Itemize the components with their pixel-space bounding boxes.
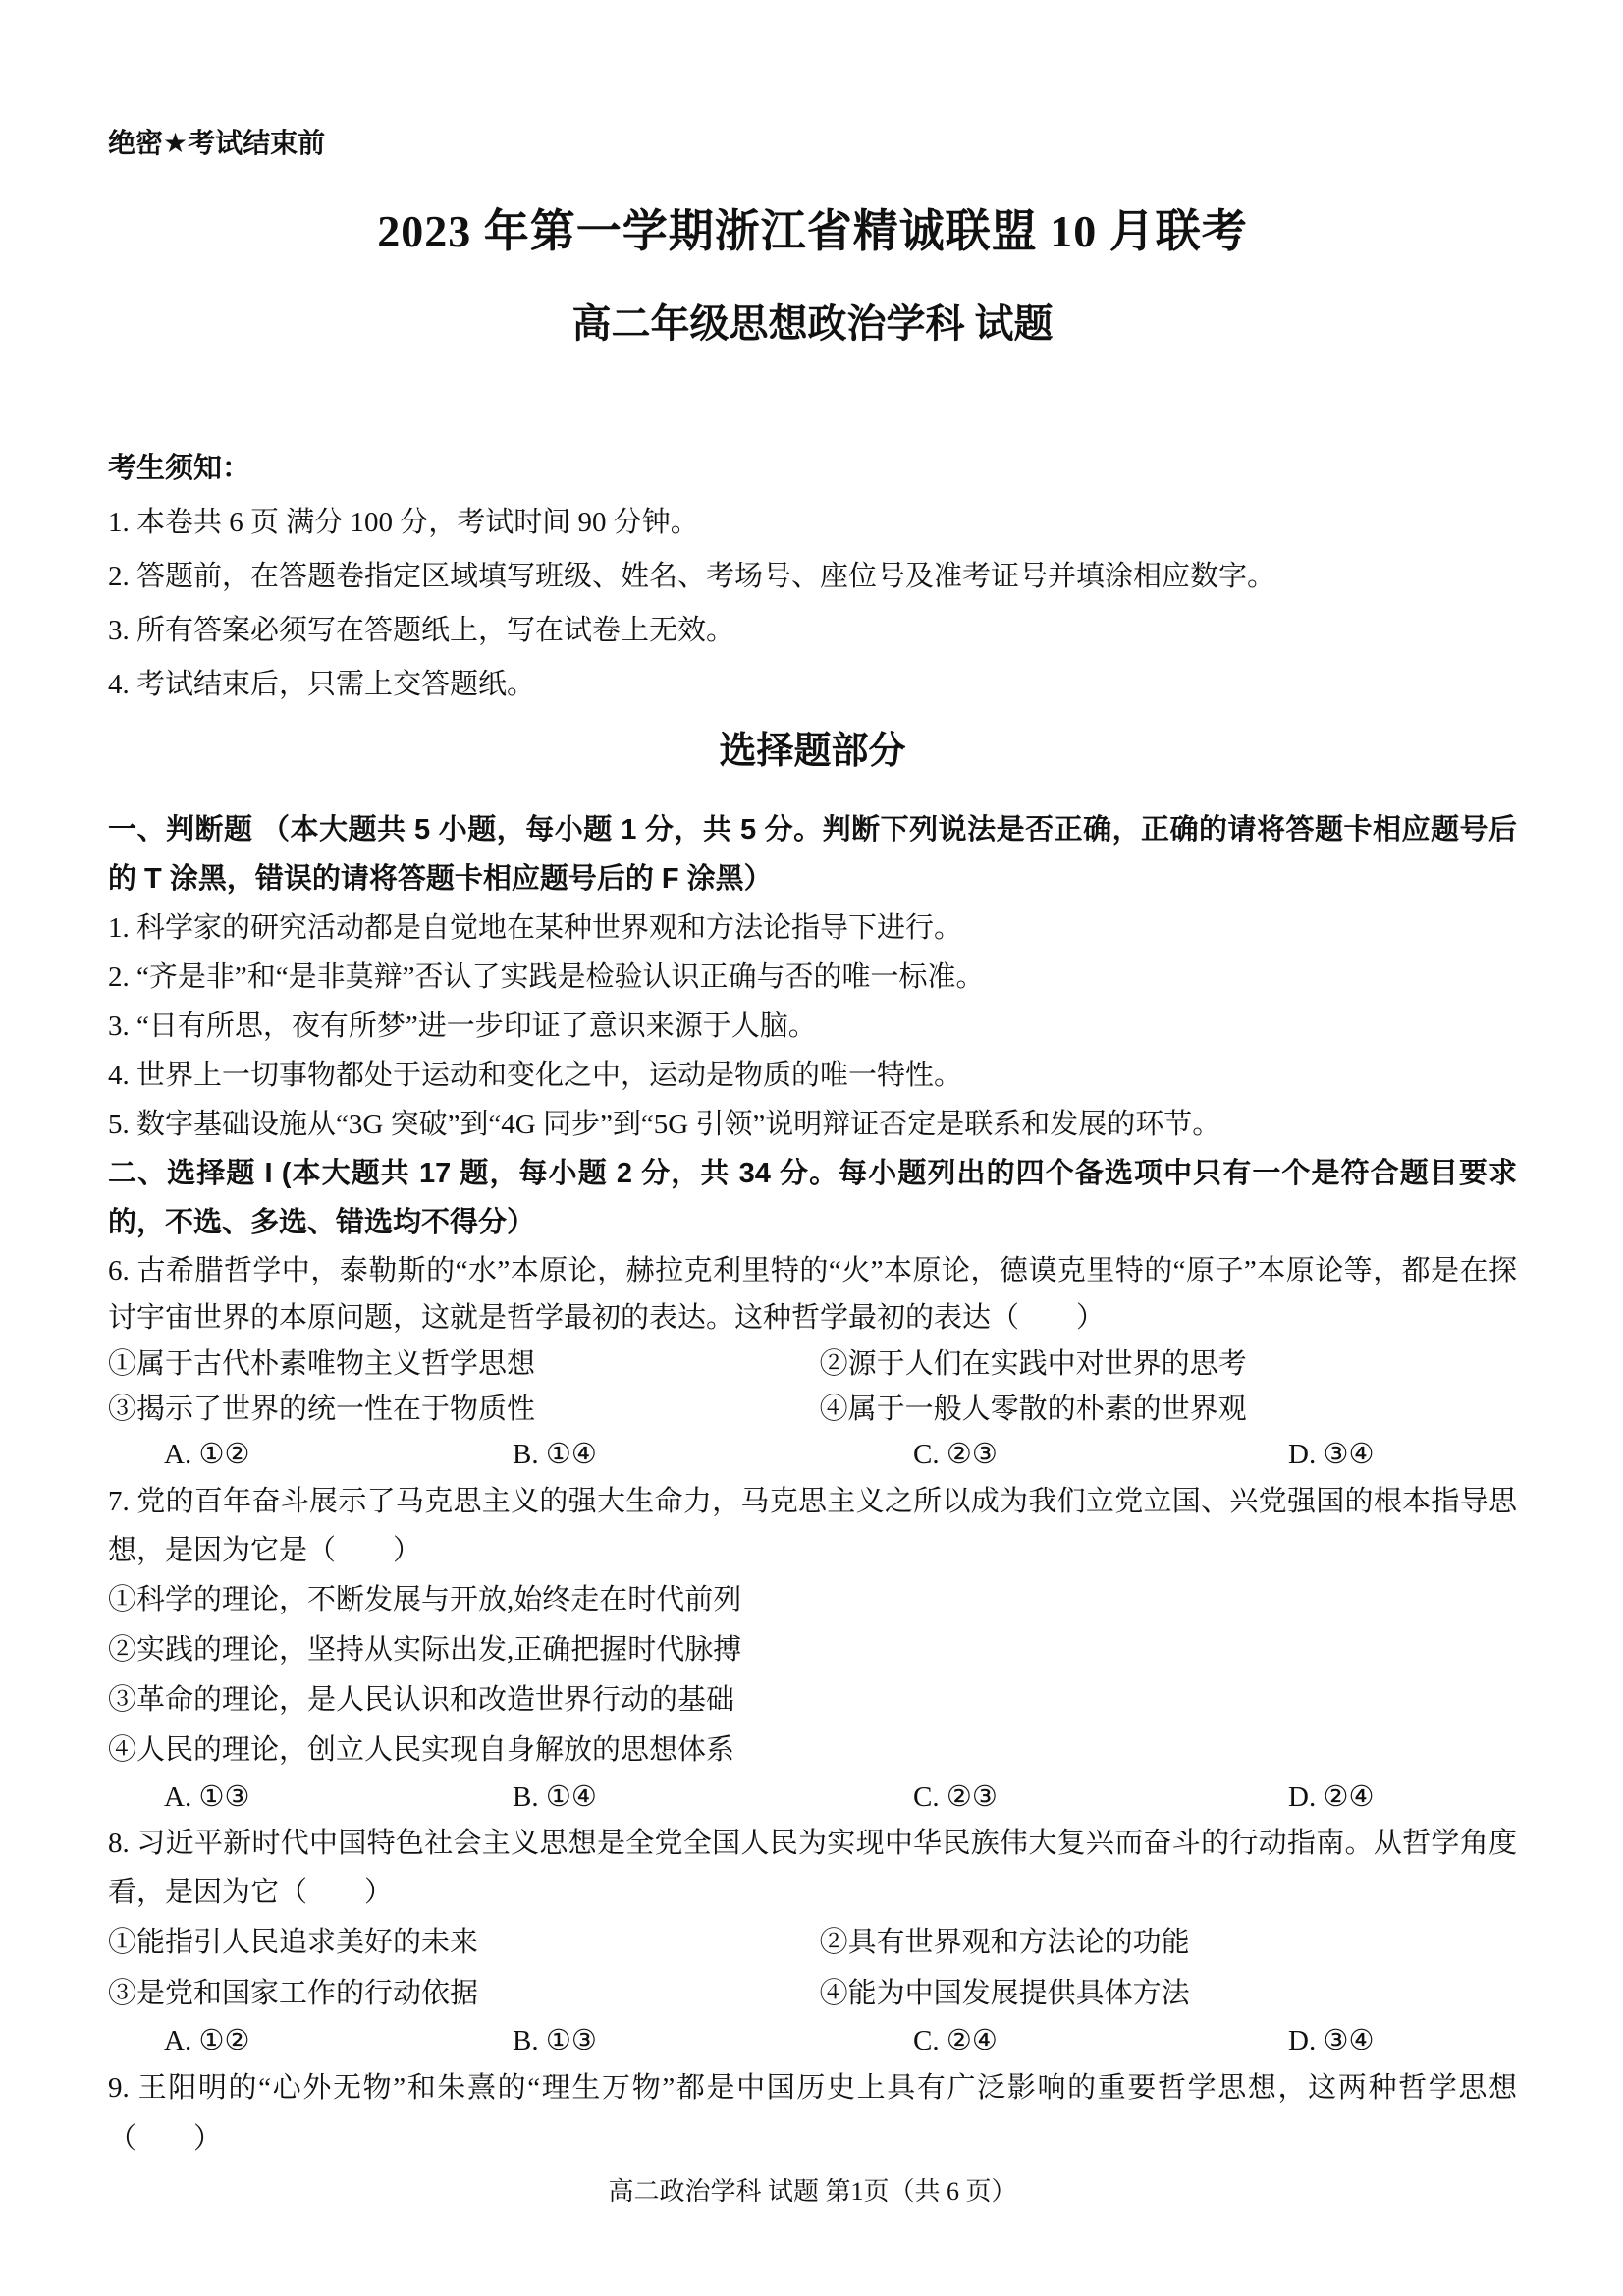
candidate-notice: 考生须知： 1. 本卷共 6 页 满分 100 分，考试时间 90 分钟。 2.… [108,442,1517,712]
exam-subtitle: 高二年级思想政治学科 试题 [108,297,1517,352]
question-8-statements: ①能指引人民追求美好的未来 ②具有世界观和方法论的功能 ③是党和国家工作的行动依… [108,1917,1517,2019]
section1-heading: 一、判断题 （本大题共 5 小题，每小题 1 分，共 5 分。判断下列说法是否正… [108,805,1517,903]
statement-item: ②具有世界观和方法论的功能 [820,1917,1517,1968]
option-c: C. ②③ [913,1776,1288,1819]
option-a: A. ①② [164,2019,513,2062]
statement-item: ④属于一般人零散的朴素的世界观 [820,1387,1517,1432]
section2-heading: 二、选择题 I (本大题共 17 题，每小题 2 分，共 34 分。每小题列出的… [108,1149,1517,1247]
question-6-options: A. ①② B. ①④ C. ②③ D. ③④ [108,1432,1517,1477]
statement-item: ①能指引人民追求美好的未来 [108,1917,820,1968]
question-7-options: A. ①③ B. ①④ C. ②③ D. ②④ [108,1776,1517,1819]
notice-item: 2. 答题前，在答题卷指定区域填写班级、姓名、考场号、座位号及准考证号并填涂相应… [108,550,1517,604]
option-c: C. ②③ [913,1432,1288,1477]
page-footer: 高二政治学科 试题 第1页（共 6 页） [108,2172,1517,2212]
notice-item: 4. 考试结束后，只需上交答题纸。 [108,658,1517,712]
notice-item: 3. 所有答案必须写在答题纸上，写在试卷上无效。 [108,604,1517,658]
statement-item: ①属于古代朴素唯物主义哲学思想 [108,1341,820,1387]
judgment-question-3: 3. “日有所思，夜有所梦”进一步印证了意识来源于人脑。 [108,1002,1517,1051]
question-8-stem: 8. 习近平新时代中国特色社会主义思想是全党全国人民为实现中华民族伟大复兴而奋斗… [108,1819,1517,1917]
statement-item: ③是党和国家工作的行动依据 [108,1968,820,2019]
judgment-question-4: 4. 世界上一切事物都处于运动和变化之中，运动是物质的唯一特性。 [108,1051,1517,1100]
statement-item: ④能为中国发展提供具体方法 [820,1968,1517,2019]
classification-label: 绝密★考试结束前 [108,124,1517,163]
question-6-statements: ①属于古代朴素唯物主义哲学思想 ②源于人们在实践中对世界的思考 ③揭示了世界的统… [108,1341,1517,1432]
question-6-stem: 6. 古希腊哲学中，泰勒斯的“水”本原论，赫拉克利里特的“火”本原论，德谟克里特… [108,1247,1517,1341]
statement-item: ②源于人们在实践中对世界的思考 [820,1341,1517,1387]
statement-item: ①科学的理论，不断发展与开放,始终走在时代前列 [108,1575,1517,1625]
statement-item: ③革命的理论，是人民认识和改造世界行动的基础 [108,1675,1517,1725]
option-c: C. ②④ [913,2019,1288,2062]
option-b: B. ①④ [513,1432,913,1477]
question-8-options: A. ①② B. ①③ C. ②④ D. ③④ [108,2019,1517,2062]
judgment-question-1: 1. 科学家的研究活动都是自觉地在某种世界观和方法论指导下进行。 [108,903,1517,953]
option-d: D. ③④ [1288,2019,1517,2062]
option-d: D. ②④ [1288,1776,1517,1819]
judgment-question-5: 5. 数字基础设施从“3G 突破”到“4G 同步”到“5G 引领”说明辩证否定是… [108,1100,1517,1149]
option-b: B. ①④ [513,1776,913,1819]
part-heading: 选择题部分 [108,722,1517,781]
statement-item: ④人民的理论，创立人民实现自身解放的思想体系 [108,1725,1517,1776]
statement-item: ③揭示了世界的统一性在于物质性 [108,1387,820,1432]
option-b: B. ①③ [513,2019,913,2062]
option-a: A. ①③ [164,1776,513,1819]
option-d: D. ③④ [1288,1432,1517,1477]
judgment-question-2: 2. “齐是非”和“是非莫辩”否认了实践是检验认识正确与否的唯一标准。 [108,953,1517,1002]
exam-page: 绝密★考试结束前 2023 年第一学期浙江省精诚联盟 10 月联考 高二年级思想… [0,0,1623,2296]
question-7-statements: ①科学的理论，不断发展与开放,始终走在时代前列 ②实践的理论，坚持从实际出发,正… [108,1575,1517,1776]
notice-heading: 考生须知： [108,442,1517,496]
statement-item: ②实践的理论，坚持从实际出发,正确把握时代脉搏 [108,1625,1517,1675]
question-9-stem: 9. 王阳明的“心外无物”和朱熹的“理生万物”都是中国历史上具有广泛影响的重要哲… [108,2062,1517,2164]
notice-item: 1. 本卷共 6 页 满分 100 分，考试时间 90 分钟。 [108,496,1517,550]
exam-title: 2023 年第一学期浙江省精诚联盟 10 月联考 [108,202,1517,261]
question-7-stem: 7. 党的百年奋斗展示了马克思主义的强大生命力，马克思主义之所以成为我们立党立国… [108,1477,1517,1575]
option-a: A. ①② [164,1432,513,1477]
